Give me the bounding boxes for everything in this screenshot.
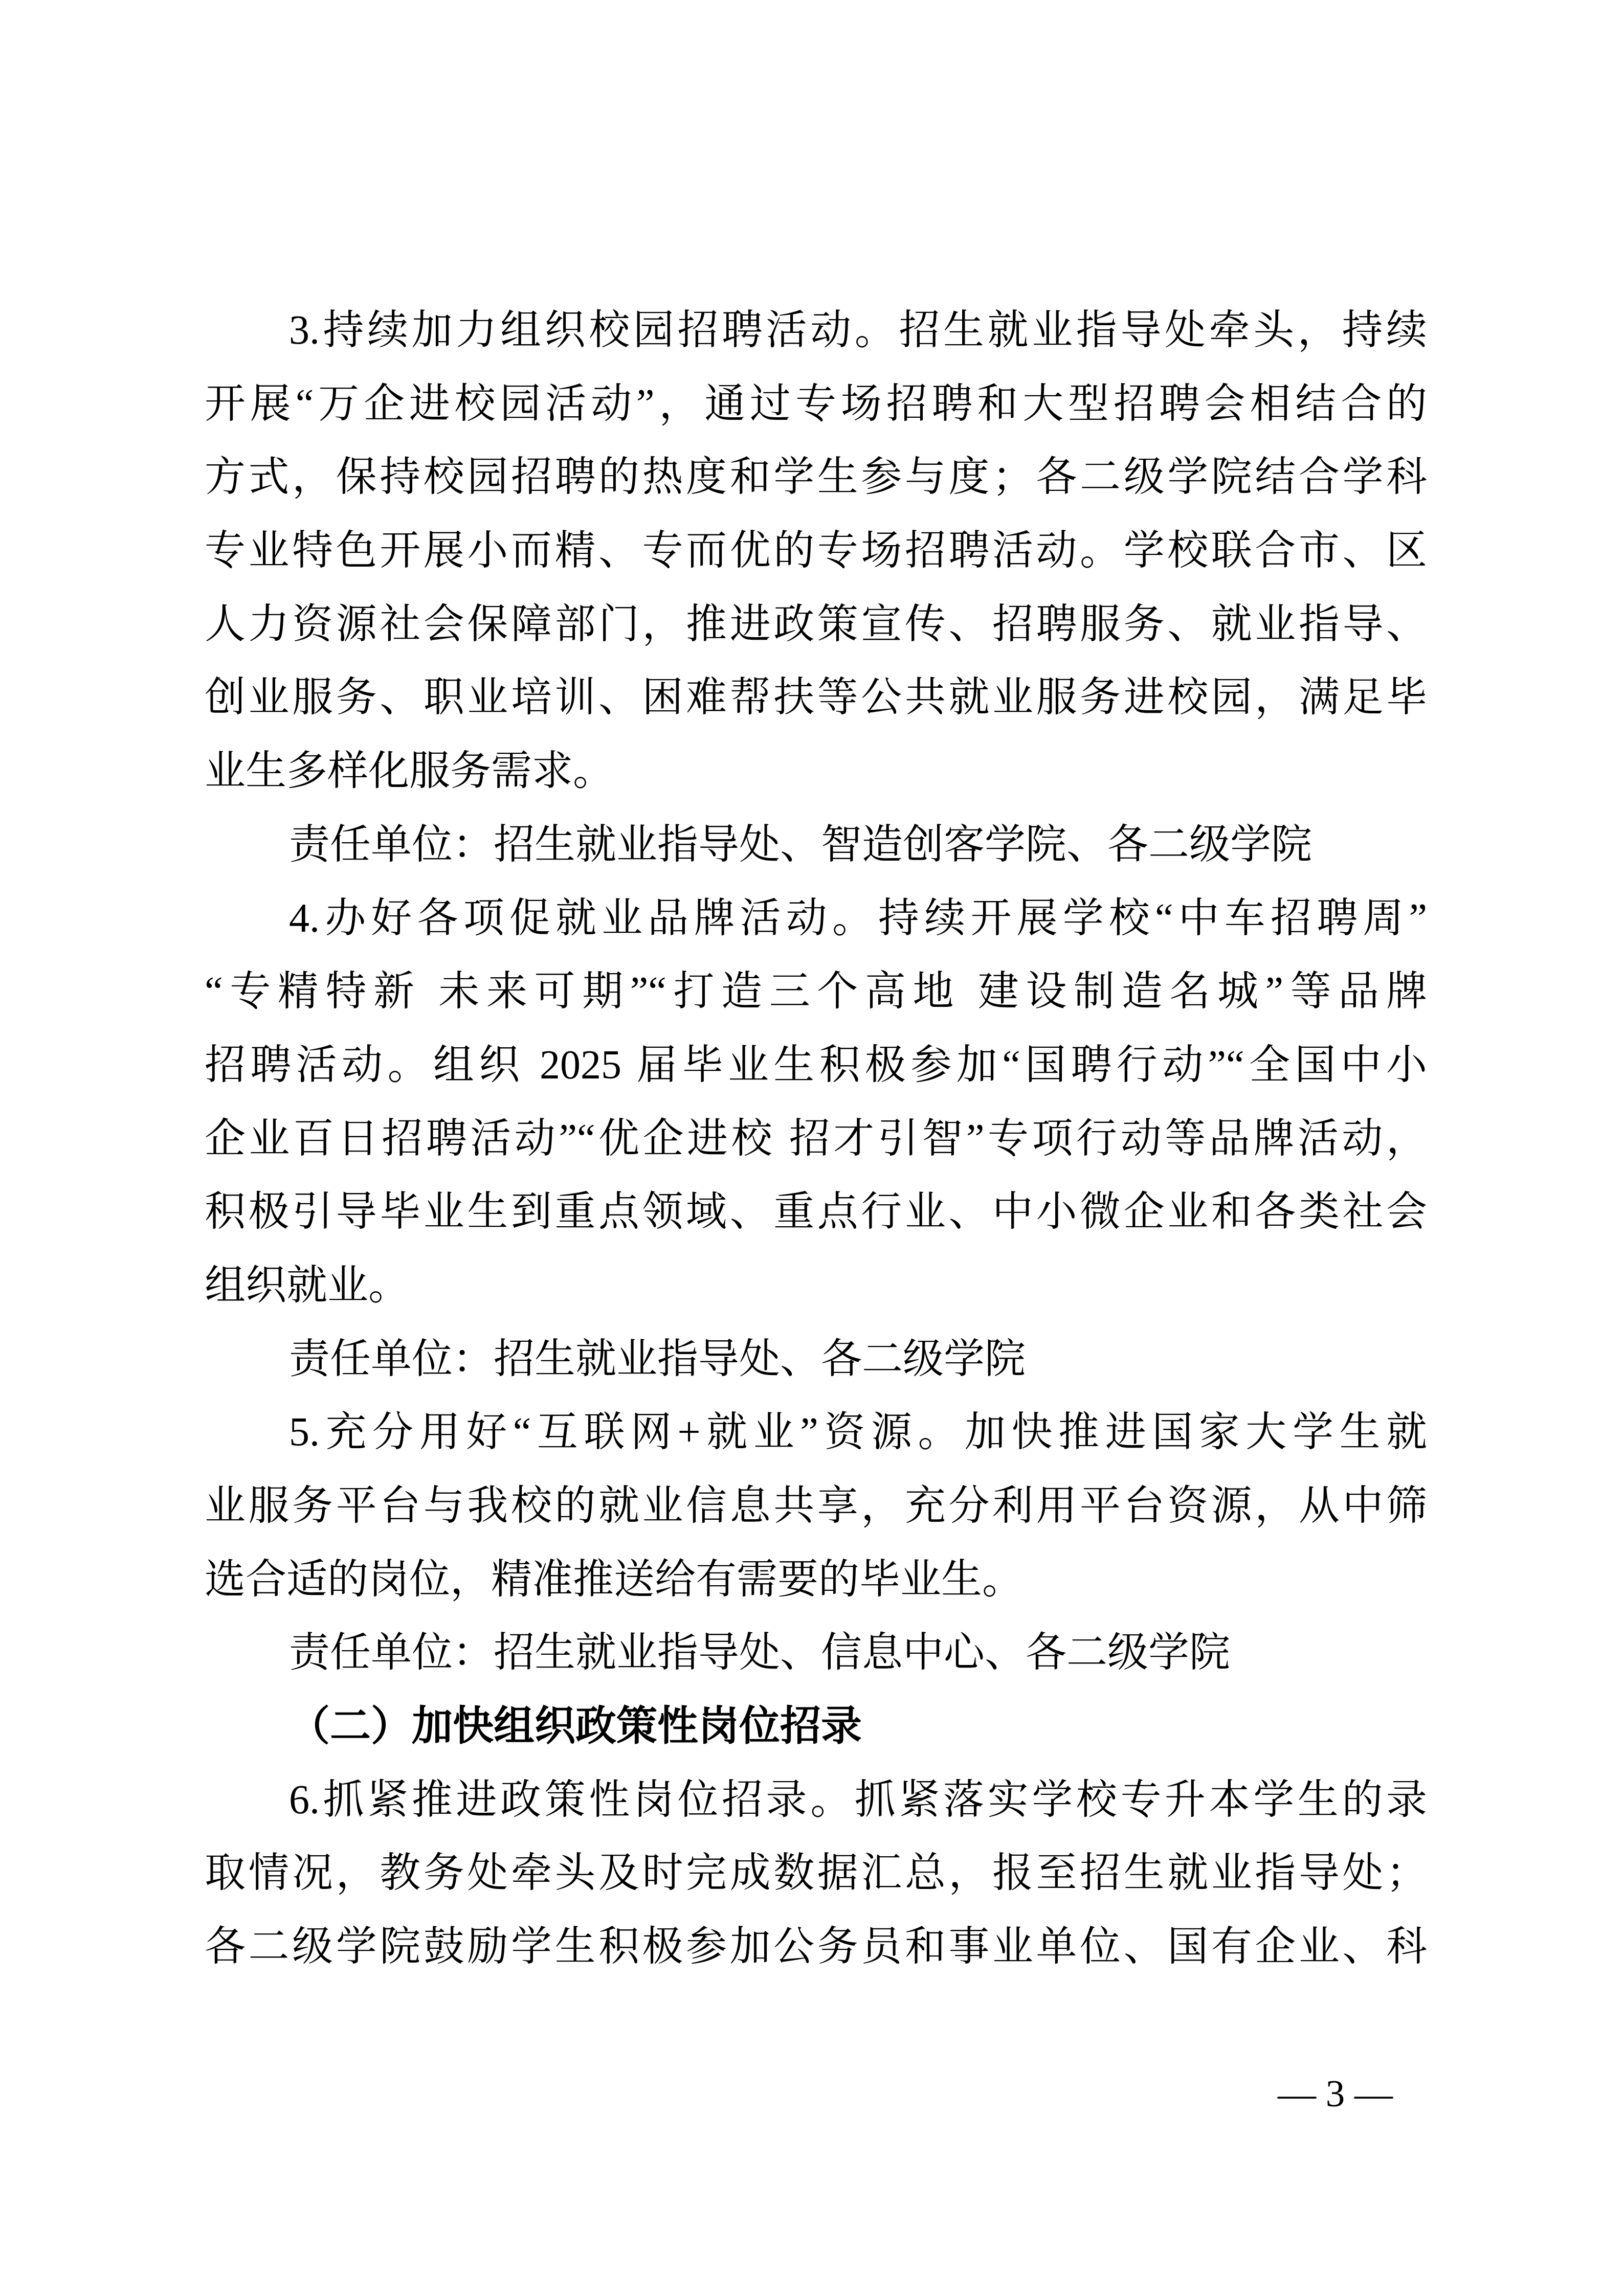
document-page: 3.持续加力组织校园招聘活动。招生就业指导处牵头，持续开展“万企进校园活动”，通… (0, 0, 1624, 2296)
document-line: 4.办好各项促就业品牌活动。持续开展学校“中车招聘周” (205, 882, 1427, 956)
document-line: 责任单位：招生就业指导处、各二级学院 (205, 1323, 1427, 1397)
document-line: 责任单位：招生就业指导处、信息中心、各二级学院 (205, 1616, 1427, 1690)
document-line: 取情况，教务处牵头及时完成数据汇总，报至招生就业指导处； (205, 1837, 1427, 1910)
document-line: （二）加快组织政策性岗位招录 (205, 1690, 1427, 1764)
document-line: 3.持续加力组织校园招聘活动。招生就业指导处牵头，持续 (205, 294, 1427, 368)
document-line: 人力资源社会保障部门，推进政策宣传、招聘服务、就业指导、 (205, 588, 1427, 662)
document-line: 招聘活动。组织 2025 届毕业生积极参加“国聘行动”“全国中小 (205, 1029, 1427, 1102)
document-line: 各二级学院鼓励学生积极参加公务员和事业单位、国有企业、科 (205, 1910, 1427, 1984)
document-line: 5.充分用好“互联网+就业”资源。加快推进国家大学生就 (205, 1396, 1427, 1470)
document-line: 业服务平台与我校的就业信息共享，充分利用平台资源，从中筛 (205, 1470, 1427, 1543)
document-line: 组织就业。 (205, 1249, 1427, 1323)
document-line: 责任单位：招生就业指导处、智造创客学院、各二级学院 (205, 808, 1427, 882)
document-line: 积极引导毕业生到重点领域、重点行业、中小微企业和各类社会 (205, 1176, 1427, 1249)
document-line: 方式，保持校园招聘的热度和学生参与度；各二级学院结合学科 (205, 441, 1427, 514)
document-line: 业生多样化服务需求。 (205, 735, 1427, 808)
text-block: 3.持续加力组织校园招聘活动。招生就业指导处牵头，持续开展“万企进校园活动”，通… (205, 294, 1427, 1984)
document-line: 创业服务、职业培训、困难帮扶等公共就业服务进校园，满足毕 (205, 661, 1427, 735)
page-number: — 3 — (1278, 2066, 1393, 2122)
document-line: 选合适的岗位，精准推送给有需要的毕业生。 (205, 1543, 1427, 1617)
document-line: 专业特色开展小而精、专而优的专场招聘活动。学校联合市、区 (205, 514, 1427, 588)
document-line: 开展“万企进校园活动”，通过专场招聘和大型招聘会相结合的 (205, 368, 1427, 441)
document-line: 6.抓紧推进政策性岗位招录。抓紧落实学校专升本学生的录 (205, 1764, 1427, 1837)
document-line: “专精特新 未来可期”“打造三个高地 建设制造名城”等品牌 (205, 955, 1427, 1029)
document-line: 企业百日招聘活动”“优企进校 招才引智”专项行动等品牌活动， (205, 1102, 1427, 1176)
